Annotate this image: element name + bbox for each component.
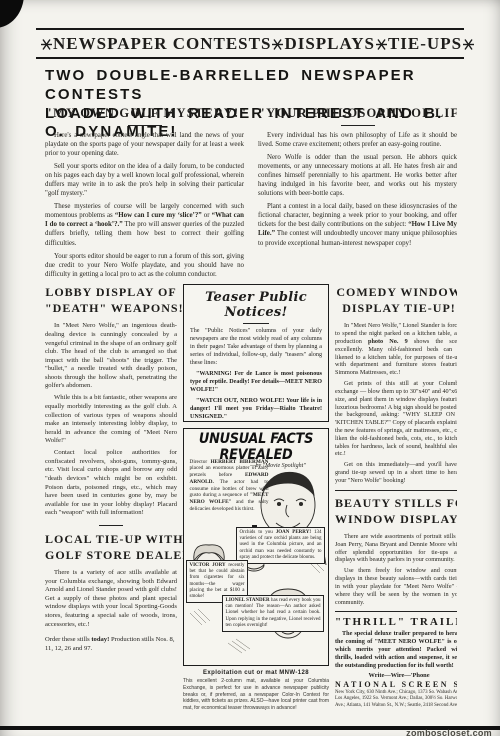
text-segment: The contest will undoubtedly uncover man… xyxy=(258,230,457,246)
masthead-bottom-rule xyxy=(36,57,464,59)
emphasis: HERBERT BIBERMAN xyxy=(210,459,268,465)
lobby-display-body: In "Meet Nero Wolfe," an ingenious death… xyxy=(45,322,177,517)
unusual-facts-box: UNUSUAL FACTS REVEALED —by "Movie Spotli… xyxy=(183,428,329,666)
order-stills-note: Order these stills today! Production sti… xyxy=(45,636,177,653)
masthead-item-tie-ups: TIE-UPS xyxy=(388,34,462,54)
golf-dealers-title: LOCAL TIE-UP WITH GOLF STORE DEALERS xyxy=(45,531,177,563)
national-screen-service: NATIONAL SCREEN SERVICE xyxy=(335,680,457,689)
paragraph: Every individual has his own philosophy … xyxy=(258,131,457,149)
star-icon xyxy=(375,38,388,51)
divider xyxy=(99,525,123,526)
text-segment: or xyxy=(202,212,212,219)
philosophy-title: "YOUR PHILOSOPHY OF LIFE!" xyxy=(258,106,457,121)
philosophy-section: "YOUR PHILOSOPHY OF LIFE!" Every individ… xyxy=(258,106,457,282)
title-line: LOCAL TIE-UP WITH xyxy=(45,531,177,547)
watermark: zomboscloset.com xyxy=(406,728,492,736)
text-segment: Director xyxy=(190,459,211,465)
emphasis: JOAN PERRY! xyxy=(276,530,311,535)
paragraph: In "Meet Nero Wolfe," an ingenious death… xyxy=(45,322,177,391)
paragraph: These mysteries of course will be largel… xyxy=(45,202,244,247)
paragraph: There are wide assortments of portrait s… xyxy=(335,533,457,564)
scan-corner-artifact xyxy=(0,0,24,28)
beauty-stills-body: There are wide assortments of portrait s… xyxy=(335,533,457,606)
thrill-trailer-body: The special deluxe trailer prepared to h… xyxy=(335,630,457,669)
emphasis: VICTOR JORY xyxy=(190,563,226,568)
star-icon xyxy=(462,38,475,51)
divider xyxy=(335,611,457,612)
comedy-window-body: In "Meet Nero Wolfe," Lionel Stander is … xyxy=(335,322,457,484)
headline-line-1: TWO DOUBLE-BARRELLED NEWSPAPER CONTESTS xyxy=(45,67,464,105)
paragraph: There is a variety of ace stills availab… xyxy=(45,569,177,629)
teaser-line: "WARNING! Fer de Lance is most poisonous… xyxy=(190,371,322,395)
paragraph: Use them freely for window and counter d… xyxy=(335,567,457,606)
emphasis: LIONEL STANDER xyxy=(226,598,270,603)
paragraph: Your sports editor should be eager to ru… xyxy=(45,252,244,279)
nss-addresses: New York City, 630 Ninth Ave.; Chicago, … xyxy=(335,690,457,709)
star-icon xyxy=(271,38,284,51)
paragraph: Sell your sports editor on the idea of a… xyxy=(45,162,244,198)
emphasis: today! xyxy=(91,636,109,643)
golf-mystery-section: "MY OWN GOLF MYSTERY!" Here's a newspape… xyxy=(45,106,244,282)
teaser-notices-box: Teaser Public Notices! The "Public Notic… xyxy=(183,284,329,422)
masthead: NEWSPAPER CONTESTS DISPLAYS TIE-UPS xyxy=(36,30,464,57)
teaser-line: "WATCH OUT, NERO WOLFE! Your life is in … xyxy=(190,398,322,422)
masthead-item-displays: DISPLAYS xyxy=(284,34,375,54)
title-line: DISPLAY TIE-UP! xyxy=(335,300,457,316)
golf-dealers-body: There is a variety of ace stills availab… xyxy=(45,569,177,629)
emphasis: “How can I cure my ‘slice’?” xyxy=(115,212,202,219)
paragraph: While this is a bit fantastic, other wea… xyxy=(45,394,177,445)
facts-caption-lionel-stander: LIONEL STANDER has read every book you c… xyxy=(222,595,324,632)
mat-note: This excellent 2-column mat, available a… xyxy=(183,678,329,712)
paragraph: Get prints of this still at your Columbi… xyxy=(335,380,457,458)
paragraph: Here's a newspaper contest angle that wi… xyxy=(45,131,244,158)
facts-caption-joan-perry: Orchids to you JOAN PERRY! 134 varieties… xyxy=(236,527,325,564)
title-line: GOLF STORE DEALERS xyxy=(45,547,177,563)
thrill-trailer-title: "THRILL" TRAILER! xyxy=(335,616,457,628)
masthead-item-newspaper-contests: NEWSPAPER CONTESTS xyxy=(53,34,271,54)
divider xyxy=(335,490,457,491)
paragraph: The "Public Notices" columns of your dai… xyxy=(190,328,322,368)
left-column: LOBBY DISPLAY OF "DEATH" WEAPONS! In "Me… xyxy=(45,284,177,718)
title-line: BEAUTY STILLS FOR xyxy=(335,495,457,511)
pressbook-page: NEWSPAPER CONTESTS DISPLAYS TIE-UPS TWO … xyxy=(0,0,500,736)
teaser-notices-title: Teaser Public Notices! xyxy=(190,290,322,320)
paragraph: In "Meet Nero Wolfe," Lionel Stander is … xyxy=(335,322,457,377)
divider xyxy=(341,125,375,126)
title-line: LOBBY DISPLAY OF xyxy=(45,284,177,300)
golf-mystery-title: "MY OWN GOLF MYSTERY!" xyxy=(45,106,244,121)
golf-mystery-body: Here's a newspaper contest angle that wi… xyxy=(45,131,244,279)
paragraph: Get on this immediately—and you'll have … xyxy=(335,461,457,484)
text-segment: Orchids to you xyxy=(240,530,276,535)
beauty-stills-title: BEAUTY STILLS FOR WINDOW DISPLAYS xyxy=(335,495,457,527)
emphasis: photo No. 9 xyxy=(368,338,408,345)
title-line: WINDOW DISPLAYS xyxy=(335,511,457,527)
title-line: "DEATH" WEAPONS! xyxy=(45,300,177,316)
contest-columns: "MY OWN GOLF MYSTERY!" Here's a newspape… xyxy=(45,106,457,282)
paragraph: Nero Wolfe is odder than the usual perso… xyxy=(258,153,457,198)
divider xyxy=(243,323,269,324)
text-segment: Order these stills xyxy=(45,636,91,643)
title-line: COMEDY WINDOW xyxy=(335,284,457,300)
middle-column: Teaser Public Notices! The "Public Notic… xyxy=(183,284,329,718)
exploitation-cut-label: Exploitation cut or mat MNW-128 xyxy=(183,670,329,676)
star-icon xyxy=(40,38,53,51)
paragraph: Contact local police authorities for con… xyxy=(45,449,177,518)
philosophy-body: Every individual has his own philosophy … xyxy=(258,131,457,248)
lower-sections: LOBBY DISPLAY OF "DEATH" WEAPONS! In "Me… xyxy=(45,284,457,718)
text-segment: recently bet that he could abstain from … xyxy=(190,563,245,600)
write-wire-phone: Write—Wire—'Phone xyxy=(335,672,457,679)
divider xyxy=(128,125,162,126)
comedy-window-title: COMEDY WINDOW DISPLAY TIE-UP! xyxy=(335,284,457,316)
facts-caption-biberman-arnold: Director HERBERT BIBERMAN placed an enor… xyxy=(187,457,271,514)
paragraph: Plant a contest in a local daily, based … xyxy=(258,202,457,247)
right-column: COMEDY WINDOW DISPLAY TIE-UP! In "Meet N… xyxy=(335,284,457,718)
lobby-display-title: LOBBY DISPLAY OF "DEATH" WEAPONS! xyxy=(45,284,177,316)
